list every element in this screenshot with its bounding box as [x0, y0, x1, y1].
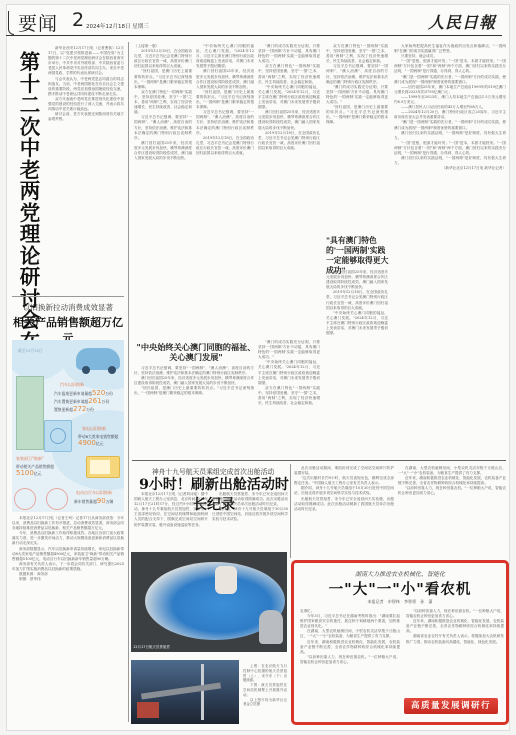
infographic-banner: 截至12月15日 [18, 348, 43, 354]
newspaper-logo: 人民日報 [428, 10, 496, 33]
infographic-consumer-trade-in: 截至12月15日 汽车以旧换新 汽车报废更新申请量超520万份 汽车置换更新申请… [12, 340, 124, 512]
story-paragraph: 2019年12月18日，在全国政协礼堂，习近平总书记会见澳门特别行政区行政长官贺… [326, 290, 388, 310]
infographic-stat: 新车销售量超90万辆 [74, 498, 113, 505]
story-paragraph: 2019年12月18日，在全国政协礼堂，习近平总书记会见澳门特别行政区行政长官贺… [134, 49, 192, 69]
column-divider [128, 42, 129, 722]
infographic-stat: 带动8大类家电销售额超4900亿元 [78, 434, 122, 447]
story-paragraph: 澳门回归以来的实践证明，"一国两制"是好制度，具有强大生命力。 [394, 131, 506, 141]
space-story-col-1: 本报北京12月17日电（记者刘诗瑶）据中国载人航天工程办公室消息，北京时间202… [134, 492, 208, 550]
washing-machine-door-icon [50, 428, 66, 444]
macau-story-col-4: 双方在澳门特色"一国两制"实践中，坚持爱国爱澳，坚守"一国"之本，善用"两制"之… [326, 44, 388, 254]
story-paragraph: "中央始终关心澳门同胞的福祉，关心澳门发展。"2024年12月，习近平主席在澳门… [258, 360, 320, 385]
story-paragraph: 双方在澳门特色"一国两制"实践中，坚持爱国爱澳，坚守"一国"之本，善用"两制"之… [258, 386, 320, 406]
infographic-stat: 带动相关产品销售额超5100亿元 [16, 464, 56, 477]
story-paragraph: 出舱航天员蔡旭哲、宋令东已安全返回问天实验舱，出舱活动取得圆满成功。此次出舱活动… [212, 492, 288, 507]
issue-date: 2024年12月18日 星期三 [86, 22, 149, 30]
story-paragraph: "回归祖国，是澳门历史上最重要的转折点。"习近平总书记深刻指出，"一国两制"是澳… [326, 105, 388, 125]
macau-story-col-5: 大家始终把提高民生福祉作为施政的出发点和落脚点，"一国两制"在澳门的成功实践赢得… [394, 44, 506, 444]
lead-story-paragraph: 与会代表认为，中老两党是志同道合的同志和战友。当前，中老两国都处在各自社会主义建… [48, 77, 124, 97]
story-paragraph: "这次出舱时长约9小时，航天员表现出色，顺利完成全部既定任务。"中国载人航天工程… [294, 476, 394, 486]
farm-story-kicker: 湖南大力推进农业机械化、智能化 [294, 569, 506, 578]
photo-robotic-arm [131, 660, 239, 724]
story-paragraph: "以前种田靠人力，现在种田靠农机。"一位种粮大户说，智能农机让种田更加省力省心。 [406, 609, 504, 619]
story-paragraph: 澳门回归祖国25年来，经济适度多元发展步伐加快，横琴粤澳深度合作区建设取得阶段性… [134, 376, 254, 386]
macau-subhead-1: "中央始终关心澳门同胞的福祉、关心澳门发展" [134, 342, 258, 362]
bicycle-wheel-icon [14, 488, 36, 510]
story-paragraph: 习近平总书记强调，要坚持"一国两制"、"澳人治澳"、高度自治的方针，坚持依法治澳… [134, 115, 192, 140]
farm-story-col-2: "以前种田靠人力，现在种田靠农机。"一位种粮大户说，智能农机让种田更加省力省心。… [406, 609, 504, 693]
astronaut-glove [259, 610, 283, 644]
story-paragraph: 2019年12月18日，在全国政协礼堂，习近平总书记会见澳门特别行政区行政长官贺… [258, 131, 320, 151]
farm-story-col-lead: 在湖南，大型农机驰骋田间，小型农机灵活穿梭于丘陵山区，一"大"一"小"农机装备，… [398, 466, 506, 556]
macau-story-col-1b: 习近平总书记强调，要坚持"一国两制"、"澳人治澳"、高度自治的方针，坚持依法治澳… [134, 366, 254, 460]
story-paragraph: 湖南省农业农村厅有关负责人表示，将继续加大农机研发推广力度，推动农机装备向高端化… [406, 634, 504, 644]
infographic-stat: 置换更新超272万份 [54, 406, 94, 413]
story-paragraph: "澳门的成功实践充分证明，只要坚持'一国两制'方针不动摇，具有澳门特色的'一国两… [326, 85, 388, 105]
robotic-arm [141, 682, 221, 699]
story-paragraph: "回归祖国，是澳门历史上最重要的转折点。"习近平总书记深刻指出，"一国两制"是澳… [134, 69, 192, 89]
story-paragraph: 习近平总书记强调，要坚持"一国两制"、"澳人治澳"、高度自治的方针，坚持依法治澳… [196, 110, 254, 135]
photo-spacewalk-window: 12月17日航天员蔡旭哲 [131, 552, 287, 652]
story-paragraph: 澳门回归祖国25年来，经济适度多元发展步伐加快，横琴粤澳深度合作区建设取得阶段性… [258, 110, 320, 130]
story-paragraph: 在湖南，大型农机驰骋田间，小型农机灵活穿梭于丘陵山区，一"大"一"小"农机装备，… [300, 629, 400, 639]
divider [12, 296, 124, 297]
macau-story-col-3b: "澳门的成功实践充分证明，只要坚持'一国两制'方针不动摇，具有澳门特色的'一国两… [258, 340, 320, 458]
story-paragraph: 近年来，湖南积极推进农业机械化、智能化发展，农机装备产业链不断完善，全省农作物耕… [300, 640, 400, 655]
story-paragraph: 本报北京12月17日电（记者王珂）记者17日从商务部获悉：今年以来，消费品以旧换… [12, 516, 124, 531]
infographic-stat: 汽车置换更新申请超261万份 [54, 398, 109, 405]
story-paragraph: "中央始终关心澳门同胞的福祉，关心澳门发展。"2024年12月，习近平主席在澳门… [196, 44, 254, 69]
story-paragraph: 习近平总书记强调，要坚持"一国两制"、"澳人治澳"、高度自治的方针，坚持依法治澳… [326, 64, 388, 84]
caption-line: 下图：航天员蔡旭哲在空间站机械臂上开展舱外活动。 [243, 683, 287, 697]
astronaut-figure [215, 566, 237, 594]
story-paragraph: 在湖南，大型农机驰骋田间，小型农机灵活穿梭于丘陵山区，一"大"一"小"农机装备，… [398, 466, 506, 476]
story-paragraph: 本报北京12月17日电（记者刘诗瑶）据中国载人航天工程办公室消息，北京时间202… [134, 492, 208, 528]
space-story-col-2: 出舱航天员蔡旭哲、宋令东已安全返回问天实验舱，出舱活动取得圆满成功。此次出舱活动… [212, 492, 288, 550]
story-paragraph: 澳门回归以来的实践证明，"一国两制"是好制度，具有强大生命力。 [394, 156, 506, 166]
story-paragraph: 今年，消费品以旧换新工作取得积极成效。各地区各部门加大政策落实力度，进一步激发市… [12, 531, 124, 546]
farm-machinery-feature-box: 湖南大力推进农业机械化、智能化 一"大"一"小"看农机 本报记者 申智林 李智勇… [291, 560, 509, 725]
story-paragraph: "以前种田靠人力，现在种田靠农机。"一位种粮大户说，智能农机让种田更加省力省心。 [300, 655, 400, 665]
story-paragraph: 习近平总书记强调，要坚持"一国两制"、"澳人治澳"、高度自治的方针，坚持依法治澳… [134, 366, 254, 376]
story-paragraph: 双方在澳门特色"一国两制"实践中，坚持爱国爱澳，坚守"一国"之本，善用"两制"之… [258, 64, 320, 84]
story-paragraph: "以前种田靠人力，现在种田靠农机。"一位种粮大户说，智能农机让种田更加省力省心。 [398, 486, 506, 496]
story-paragraph: 商务部有关负责人表示，下一步将会同有关部门，研究提出2025年加力扩围实施消费品… [12, 562, 124, 572]
macau-story-col-2: "中央始终关心澳门同胞的福祉，关心澳门发展。"2024年12月，习近平主席在澳门… [196, 44, 254, 344]
story-paragraph: "澳门是一国两制"实践的先行者，"一国两制"方针的成功实践，使澳门成为展现"一国… [394, 120, 506, 130]
column-divider [290, 464, 291, 558]
infographic-story-body: 本报北京12月17日电（记者王珂）记者17日从商务部获悉：今年以来，消费品以旧换… [12, 516, 124, 716]
story-paragraph: ——回归祖国25年来，澳门本地生产总值由1999年的519亿澳门元增长到2023… [394, 85, 506, 95]
car-wheel-icon [82, 366, 90, 374]
story-paragraph: "中央始终关心澳门同胞的福祉，关心澳门发展。"2024年12月，习近平主席在澳门… [326, 311, 388, 336]
photo-caption: 上图：在北京航天飞行控制中心拍摄的航天员蔡旭哲（上）、宋令东（下）出舱画面。 下… [243, 664, 287, 726]
equipment-panel [137, 702, 159, 718]
farm-story-col-1: 农事忙。 今年3月，习近平总书记在湖南考察时指出："湖南要扛起维护国家粮食安全的… [300, 609, 400, 719]
story-paragraph: 双方在澳门特色"一国两制"实践中，坚持爱国爱澳，坚守"一国"之本，善用"两制"之… [134, 90, 192, 115]
photo-overlay-caption: 12月17日航天员蔡旭哲 [133, 645, 170, 650]
refrigerator-icon [16, 376, 44, 450]
lead-story-body: 新华社西安12月17日电（记者曹槟）12月17日，以"党建引领推进新——中国经验… [48, 46, 124, 291]
story-paragraph: "澳门的成功实践充分证明，只要坚持'一国两制'方针不动摇，具有澳门特色的'一国两… [258, 44, 320, 64]
story-paragraph: 据介绍，神舟十九号航天员乘组于10月30日进驻中国空间站，后续还将开展多项空间科… [212, 507, 288, 522]
story-paragraph: 商务部数据显示，汽车以旧换新申请量持续增长，家电以旧换新带动8大类家电产品销售额… [12, 547, 124, 562]
story-paragraph: 2019年12月18日，在全国政协礼堂，习近平总书记会见澳门特别行政区行政长官贺… [196, 136, 254, 156]
station-mast [201, 664, 204, 720]
story-paragraph: 澳门回归祖国25年来，经济适度多元发展步伐加快，横琴粤澳深度合作区建设取得阶段性… [134, 141, 192, 161]
bicycle-wheel-icon [46, 488, 68, 510]
story-paragraph: "一国"是根，根深才能叶茂；"一国"是本，本固才能枝荣。"一国两制"方针包含着"… [394, 141, 506, 156]
infographic-category: 汽车以旧换新 [60, 382, 84, 388]
series-badge: 高质量发展调研行 [404, 698, 498, 714]
masthead: 要闻 2 2024年12月18日 星期三 人民日報 [6, 4, 502, 36]
story-paragraph: "澳门是一国两制"实践的先行者，"一国两制"方针的成功实践，使澳门成为展现"一国… [394, 75, 506, 85]
story-paragraph: 近年来，湖南积极推进农业机械化、智能化发展，农机装备产业链不断完善，全省农作物耕… [406, 619, 504, 634]
story-paragraph: 澳门回归祖国25年来，经济适度多元发展步伐加快，横琴粤澳深度合作区建设取得阶段性… [196, 69, 254, 89]
story-paragraph: 出舱航天员蔡旭哲、宋令东已安全返回问天实验舱，出舱活动取得圆满成功。此次出舱活动… [294, 497, 394, 512]
infographic-category: 家装厨卫"焕新" [16, 456, 44, 462]
story-paragraph: 大家始终把提高民生福祉作为施政的出发点和落脚点，"一国两制"在澳门的成功实践赢得… [394, 44, 506, 54]
story-paragraph: ——2024年12月20日，澳门特别行政区成立25周年，习近平主席出席庆祝大会并… [394, 110, 506, 120]
infographic-category: 电动自行车以旧换新 [76, 490, 112, 496]
space-story-col-3: 此次出舱活动期间，乘组协同完成了空间站空间碎片防护装置安装。 "这次出舱时长约9… [294, 466, 394, 556]
story-paragraph: 据介绍，神舟十九号航天员乘组于10月30日进驻中国空间站，后续还将开展多项空间科… [294, 486, 394, 496]
caption-line: 上图：在北京航天飞行控制中心拍摄的航天员蔡旭哲（上）、宋令东（下）出舱画面。 [243, 664, 287, 683]
story-paragraph: 此次出舱活动期间，乘组协同完成了空间站空间碎片防护装置安装。 [294, 466, 394, 476]
divider [132, 460, 506, 461]
section-bracket-decoration [8, 11, 14, 35]
infographic-kicker: 以旧换新拉动消费成效显著 [12, 302, 124, 313]
infographic-stat: 汽车报废更新申请量超520万份 [54, 390, 113, 397]
macau-story-col-4b: 澳门回归祖国25年来，经济适度多元发展步伐加快，横琴粤澳深度合作区建设取得阶段性… [326, 270, 388, 460]
farm-story-byline: 本报记者 申智林 李智勇 孙 潇 [294, 599, 506, 605]
story-paragraph: 澳门回归祖国25年来，经济适度多元发展步伐加快，横琴粤澳深度合作区建设取得阶段性… [326, 270, 388, 290]
story-paragraph: 近年来，湖南积极推进农业机械化、智能化发展，农机装备产业链不断完善，全省农作物耕… [398, 476, 506, 486]
lead-story-paragraph: 双方代表就中老两党在推进现代化建设中加强党的建设的经验进行了深入交流，并表示将共… [48, 97, 124, 112]
macau-story-col-1: （上接第一版） 2019年12月18日，在全国政协礼堂，习近平总书记会见澳门特别… [134, 44, 192, 344]
car-wheel-icon [108, 366, 116, 374]
section-title: 要闻 [18, 9, 58, 36]
story-paragraph: "一国"是根，根深才能叶茂；"一国"是本，本固才能枝荣。"一国两制"方针包含着"… [394, 59, 506, 74]
lead-story-paragraph: 新华社西安12月17日电（记者曹槟）12月17日，以"党建引领推进新——中国经验… [48, 46, 124, 77]
page-number: 2 [72, 9, 84, 31]
microwave-window [90, 460, 110, 474]
caption-credit: 以上图片均为新华社记者金立旺摄 [243, 698, 287, 708]
farm-story-headline: 一"大"一"小"看农机 [294, 578, 506, 599]
infographic-category: 家电以旧换新 [82, 426, 106, 432]
story-credit: 制图：蔡华伟 [12, 577, 124, 582]
story-paragraph: "澳门的成功实践充分证明，只要坚持'一国两制'方针不动摇，具有澳门特色的'一国两… [258, 340, 320, 360]
story-paragraph: "中央始终关心澳门同胞的福祉，关心澳门发展。"2024年12月，习近平主席在澳门… [258, 85, 320, 110]
story-paragraph: "回归祖国，是澳门历史上最重要的转折点。"习近平总书记深刻指出，"一国两制"是澳… [196, 90, 254, 110]
story-paragraph: "回归祖国，是澳门历史上最重要的转折点。"习近平总书记深刻指出，"一国两制"是澳… [134, 386, 254, 396]
story-paragraph: 双方在澳门特色"一国两制"实践中，坚持爱国爱澳，坚守"一国"之本，善用"两制"之… [326, 44, 388, 64]
story-paragraph: ——1999年至2023年，澳门人均本地生产总值由1.5万美元增至约6.9万美元… [394, 95, 506, 105]
macau-story-col-3: "澳门的成功实践充分证明，只要坚持'一国两制'方针不动摇，具有澳门特色的'一国两… [258, 44, 320, 344]
lead-story-paragraph: 研讨会前，老方代表团还到陕西省有关地方参观考察。 [48, 112, 124, 122]
dateline: （新华社北京12月17日电 新华社记者） [394, 166, 506, 171]
story-paragraph: 今年3月，习近平总书记在湖南考察时指出："湖南要扛起维护国家粮食安全的重任，抓住… [300, 614, 400, 629]
